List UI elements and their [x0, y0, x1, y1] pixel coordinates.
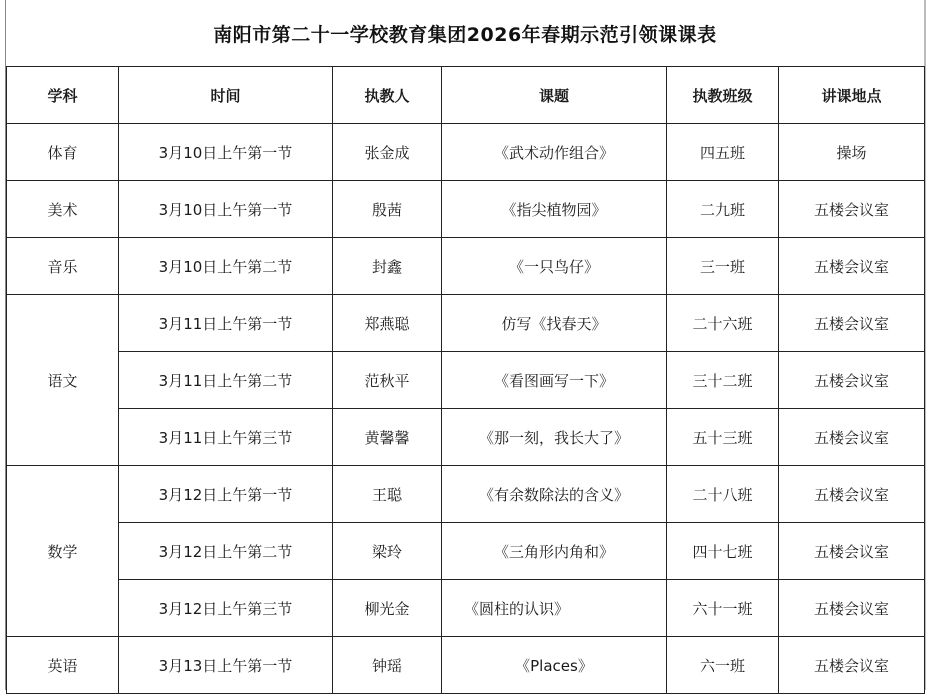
subject-cell: 美术 — [7, 181, 119, 238]
location-cell: 操场 — [779, 124, 925, 181]
column-header-teacher: 执教人 — [333, 67, 442, 124]
topic-cell: 《看图画写一下》 — [442, 352, 667, 409]
subject-cell: 音乐 — [7, 238, 119, 295]
class-cell: 四五班 — [667, 124, 779, 181]
column-header-topic: 课题 — [442, 67, 667, 124]
table-row: 美术 3月10日上午第一节 殷茜 《指尖植物园》 二九班 五楼会议室 — [7, 181, 925, 238]
subject-cell: 数学 — [7, 466, 119, 637]
teacher-cell: 张金成 — [333, 124, 442, 181]
class-cell: 四十七班 — [667, 523, 779, 580]
table-row: 体育 3月10日上午第一节 张金成 《武术动作组合》 四五班 操场 — [7, 124, 925, 181]
class-cell: 三一班 — [667, 238, 779, 295]
topic-cell: 《三角形内角和》 — [442, 523, 667, 580]
teacher-cell: 王聪 — [333, 466, 442, 523]
table-row: 数学 3月12日上午第一节 王聪 《有余数除法的含义》 二十八班 五楼会议室 — [7, 466, 925, 523]
class-cell: 二十六班 — [667, 295, 779, 352]
location-cell: 五楼会议室 — [779, 523, 925, 580]
teacher-cell: 钟瑶 — [333, 637, 442, 694]
topic-cell: 《圆柱的认识》 — [442, 580, 667, 637]
table-row: 语文 3月11日上午第一节 郑燕聪 仿写《找春天》 二十六班 五楼会议室 — [7, 295, 925, 352]
time-cell: 3月11日上午第二节 — [119, 352, 333, 409]
topic-cell: 仿写《找春天》 — [442, 295, 667, 352]
topic-cell: 《Places》 — [442, 637, 667, 694]
teacher-cell: 封鑫 — [333, 238, 442, 295]
schedule-sheet: 南阳市第二十一学校教育集团2026年春期示范引领课课表 学科 时间 执教人 课题… — [5, 0, 926, 690]
column-header-time: 时间 — [119, 67, 333, 124]
topic-cell: 《那一刻，我长大了》 — [442, 409, 667, 466]
topic-cell: 《指尖植物园》 — [442, 181, 667, 238]
table-row: 3月12日上午第二节 梁玲 《三角形内角和》 四十七班 五楼会议室 — [7, 523, 925, 580]
header-row: 学科 时间 执教人 课题 执教班级 讲课地点 — [7, 67, 925, 124]
table-row: 3月11日上午第二节 范秋平 《看图画写一下》 三十二班 五楼会议室 — [7, 352, 925, 409]
topic-cell: 《有余数除法的含义》 — [442, 466, 667, 523]
location-cell: 五楼会议室 — [779, 466, 925, 523]
subject-cell: 语文 — [7, 295, 119, 466]
class-cell: 三十二班 — [667, 352, 779, 409]
teacher-cell: 柳光金 — [333, 580, 442, 637]
class-cell: 五十三班 — [667, 409, 779, 466]
table-row: 音乐 3月10日上午第二节 封鑫 《一只鸟仔》 三一班 五楼会议室 — [7, 238, 925, 295]
location-cell: 五楼会议室 — [779, 409, 925, 466]
time-cell: 3月10日上午第一节 — [119, 181, 333, 238]
time-cell: 3月13日上午第一节 — [119, 637, 333, 694]
column-header-subject: 学科 — [7, 67, 119, 124]
teacher-cell: 黄馨馨 — [333, 409, 442, 466]
location-cell: 五楼会议室 — [779, 352, 925, 409]
table-row: 3月11日上午第三节 黄馨馨 《那一刻，我长大了》 五十三班 五楼会议室 — [7, 409, 925, 466]
topic-cell: 《武术动作组合》 — [442, 124, 667, 181]
location-cell: 五楼会议室 — [779, 181, 925, 238]
time-cell: 3月11日上午第一节 — [119, 295, 333, 352]
time-cell: 3月11日上午第三节 — [119, 409, 333, 466]
class-cell: 二十八班 — [667, 466, 779, 523]
location-cell: 五楼会议室 — [779, 580, 925, 637]
time-cell: 3月12日上午第二节 — [119, 523, 333, 580]
location-cell: 五楼会议室 — [779, 637, 925, 694]
time-cell: 3月12日上午第三节 — [119, 580, 333, 637]
teacher-cell: 殷茜 — [333, 181, 442, 238]
page-title: 南阳市第二十一学校教育集团2026年春期示范引领课课表 — [6, 0, 924, 66]
location-cell: 五楼会议室 — [779, 238, 925, 295]
teacher-cell: 郑燕聪 — [333, 295, 442, 352]
teacher-cell: 范秋平 — [333, 352, 442, 409]
time-cell: 3月12日上午第一节 — [119, 466, 333, 523]
teacher-cell: 梁玲 — [333, 523, 442, 580]
class-cell: 六一班 — [667, 637, 779, 694]
column-header-class: 执教班级 — [667, 67, 779, 124]
subject-cell: 英语 — [7, 637, 119, 694]
column-header-location: 讲课地点 — [779, 67, 925, 124]
topic-cell: 《一只鸟仔》 — [442, 238, 667, 295]
class-cell: 二九班 — [667, 181, 779, 238]
time-cell: 3月10日上午第一节 — [119, 124, 333, 181]
schedule-table: 学科 时间 执教人 课题 执教班级 讲课地点 体育 3月10日上午第一节 张金成… — [6, 66, 925, 694]
location-cell: 五楼会议室 — [779, 295, 925, 352]
time-cell: 3月10日上午第二节 — [119, 238, 333, 295]
subject-cell: 体育 — [7, 124, 119, 181]
table-row: 英语 3月13日上午第一节 钟瑶 《Places》 六一班 五楼会议室 — [7, 637, 925, 694]
table-row: 3月12日上午第三节 柳光金 《圆柱的认识》 六十一班 五楼会议室 — [7, 580, 925, 637]
class-cell: 六十一班 — [667, 580, 779, 637]
